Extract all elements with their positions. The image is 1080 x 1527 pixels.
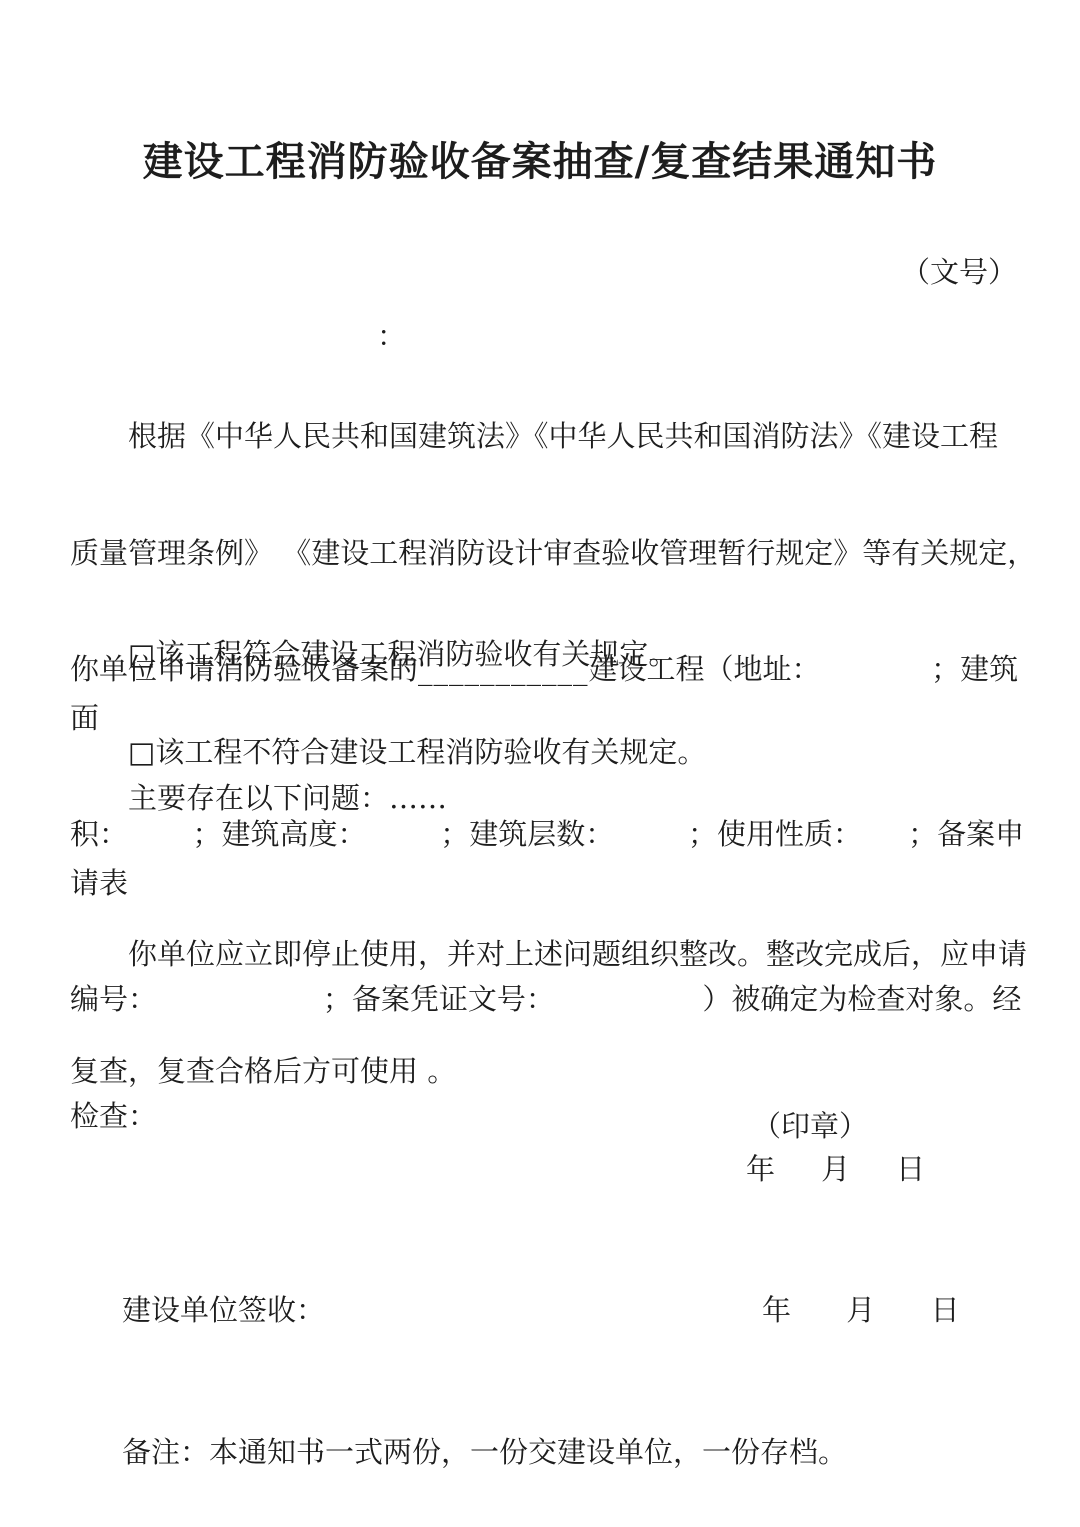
option-noncompliant-label: 该工程不符合建设工程消防验收有关规定。	[155, 735, 706, 769]
intro-line-2: 质量管理条例》 《建设工程消防设计审查验收管理暂行规定》等有关规定，	[70, 529, 1040, 578]
rectification-line-1: 你单位应立即停止使用，并对上述问题组织整改。整改完成后，应申请	[70, 930, 1040, 979]
option-compliant-label: 该工程符合建设工程消防验收有关规定。	[155, 637, 677, 671]
problems-intro-line: 主要存在以下问题：……	[128, 782, 447, 815]
option-compliant: □该工程符合建设工程消防验收有关规定。	[128, 638, 677, 671]
signature-receipt-label: 建设单位签收：	[122, 1294, 325, 1327]
page-title: 建设工程消防验收备案抽查/复查结果通知书	[0, 130, 1080, 187]
rectification-line-2: 复查，复查合格后方可使用 。	[70, 1047, 1040, 1096]
intro-line-1: 根据《中华人民共和国建筑法》《中华人民共和国消防法》《建设工程	[70, 412, 1040, 461]
checkbox-compliant-icon[interactable]: □	[128, 637, 155, 671]
checkbox-noncompliant-icon[interactable]: □	[128, 735, 155, 769]
footer-note: 备注：本通知书一式两份，一份交建设单位，一份存档。	[122, 1436, 847, 1469]
seal-date-line: 年 月 日	[746, 1153, 925, 1186]
document-page: 建设工程消防验收备案抽查/复查结果通知书 （文号） ： 根据《中华人民共和国建筑…	[0, 0, 1080, 1527]
rectification-paragraph: 你单位应立即停止使用，并对上述问题组织整改。整改完成后，应申请 复查，复查合格后…	[70, 862, 1040, 1163]
signature-date-line: 年 月 日	[762, 1294, 960, 1327]
seal-placeholder: （印章）	[752, 1110, 868, 1143]
doc-number-placeholder: （文号）	[901, 256, 1017, 289]
option-noncompliant: □该工程不符合建设工程消防验收有关规定。	[128, 736, 706, 769]
